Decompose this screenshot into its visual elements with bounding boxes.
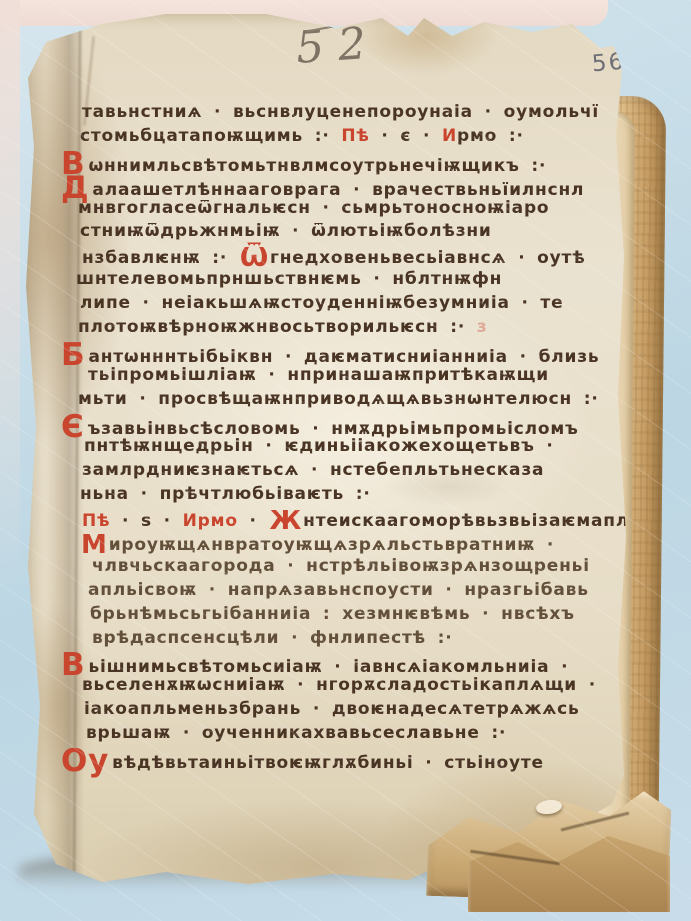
text-line: замлрдниѥзнаѥтьсѧ · нстебепльтьнесказа: [82, 460, 665, 484]
text-line: Бантѡнннтьібьіквн · даѥматисниіанниіа · …: [80, 341, 665, 365]
text-line: стниѭѿдрьжнмьіѭ · ѿлютьіѭболѣзни: [80, 221, 665, 245]
ink-text: стомьбцатапоѭщимь :·: [80, 126, 341, 146]
text-line: врѣдаспсенсцѣли · фнлипестѣ :·: [92, 628, 665, 652]
drop-cap-initial: Д: [61, 177, 89, 199]
ink-text: рмо :·: [457, 126, 524, 146]
text-line: апльісвоѭ · напрѧзавьнспоусти · нразгьіб…: [88, 580, 665, 604]
drop-cap-initial: Б: [61, 344, 85, 366]
text-line: Вьішнимьсвѣтомьсиіаѭ · іавнсѧіакомльниіа…: [80, 651, 665, 675]
text-line: іакоапльменьзбрань · двоѥнадесѧтетрѧжѧсь: [84, 699, 665, 723]
ink-text: пнтѣѭнщедрьін · ѥдиньііакожехощетьвъ ·: [84, 436, 554, 456]
text-line: брьнѣмьсьгьібанниіа : хезмнѥвѣмь · нвсѣх…: [90, 604, 665, 628]
rubric-text: Пѣ: [341, 126, 369, 146]
ink-text: плотоѭвѣрноѭжнвосьтворильѥсн :·: [78, 317, 465, 337]
ink-text: гнедховеньвесьіавнсѧ · оутѣ: [270, 248, 585, 268]
text-line: плотоѭвѣрноѭжнвосьтворильѥсн :· з: [78, 317, 665, 341]
text-line: Мироуѭщѧнвратоуѭщѧзрѧльстьвратниѭ ·: [80, 532, 665, 556]
rubric-text: Пѣ: [82, 511, 110, 531]
ink-text: липе · неіакьшѧѭстоуденніѭбезумниіа · те: [80, 293, 563, 313]
ink-text: · ѕ ·: [110, 511, 182, 531]
text-line: Оувѣдѣвьтаиньітвоѥѭглѫбиньі · стьіноуте: [80, 747, 665, 771]
drop-cap-initial: В: [61, 654, 85, 676]
drop-cap-initial: Є: [61, 416, 85, 438]
ink-text: замлрдниѥзнаѥтьсѧ · нстебепльтьнесказа: [82, 460, 544, 480]
ink-text: вьселенѫѭѡсниіаѭ · нгорѫсладостьікаплѧщи…: [82, 675, 596, 695]
manuscript-page: 52 56 тавьнстниѧ · вьснвлуценепороунаіа …: [18, 6, 660, 912]
text-line: пнтѣѭнщедрьін · ѥдиньііакожехощетьвъ ·: [84, 436, 665, 460]
text-line: мьти · просвѣщаѭнприводѧщѧвьзнѡнтелюсн :…: [78, 389, 665, 413]
ink-text: ироуѭщѧнвратоуѭщѧзрѧльстьвратниѭ ·: [109, 535, 554, 555]
folio-number-pencil-right: 56: [591, 49, 626, 78]
ink-text: тьіпромьішліаѭ · нпринашаѭпритѣкаѭщи: [88, 365, 549, 385]
ink-text: мнвгогласеѿгнальѥсн · сьмрьтоносноѭіаро: [78, 198, 549, 218]
text-line: нзбавлѥнѭ :· Ѿгнедховеньвесьіавнсѧ · оут…: [82, 245, 665, 269]
ink-text: · є ·: [370, 126, 442, 146]
text-line: Далаашетлѣннааговрага · врачествьньїилнс…: [80, 174, 665, 198]
ink-text: врьшаѭ · оученникахвавьсеславьне :·: [86, 723, 506, 743]
text-line: врьшаѭ · оученникахвавьсеславьне :·: [86, 723, 665, 747]
text-line: члвчьскаагорода · нстрѣльівоѭзрѧнзощрень…: [92, 556, 665, 580]
text-line: ньна · прѣчтлюбьіваѥть :·: [80, 484, 665, 508]
text-line: тавьнстниѧ · вьснвлуценепороунаіа · оумо…: [82, 102, 665, 126]
ink-text: вѣдѣвьтаиньітвоѥѭглѫбиньі · стьіноуте: [112, 753, 544, 773]
rubric-text: И: [442, 126, 457, 146]
ink-text: нзбавлѥнѭ :·: [82, 248, 239, 268]
rubric-text: Ирмо: [183, 511, 238, 531]
ink-text: ·: [238, 511, 269, 531]
ink-text: шнтелевомьпрншьствнѥмь · нблтнѭфн: [76, 269, 502, 289]
drop-cap-initial: Оу: [61, 750, 109, 772]
text-line: Єъзавьінвьсѣсловомь · нмѫдрьімьпромьісло…: [80, 413, 665, 437]
rubric-text: з: [465, 317, 487, 337]
ink-text: тавьнстниѧ · вьснвлуценепороунаіа · оумо…: [82, 102, 599, 122]
text-line: тьіпромьішліаѭ · нпринашаѭпритѣкаѭщи: [88, 365, 665, 389]
text-block: тавьнстниѧ · вьснвлуценепороунаіа · оумо…: [80, 102, 665, 771]
ink-text: стниѭѿдрьжнмьіѭ · ѿлютьіѭболѣзни: [80, 221, 492, 241]
text-line: Вѡннимльсвѣтомьтнвлмсоутрьнечіѭщикъ :·: [80, 150, 665, 174]
ink-text: ньна · прѣчтлюбьіваѥть :·: [80, 484, 371, 504]
text-line: шнтелевомьпрншьствнѥмь · нблтнѭфн: [76, 269, 665, 293]
text-line: вьселенѫѭѡсниіаѭ · нгорѫсладостьікаплѧщи…: [82, 675, 665, 699]
ink-text: врѣдаспсенсцѣли · фнлипестѣ :·: [92, 628, 453, 648]
text-line: Пѣ · ѕ · Ирмо · Жнтеискаагоморѣвьзвьізаѥ…: [82, 508, 665, 532]
ink-text: члвчьскаагорода · нстрѣльівоѭзрѧнзощрень…: [92, 556, 590, 576]
ink-text: брьнѣмьсьгьібанниіа : хезмнѥвѣмь · нвсѣх…: [90, 604, 575, 624]
text-line: липе · неіакьшѧѭстоуденніѭбезумниіа · те: [80, 293, 665, 317]
text-line: мнвгогласеѿгнальѥсн · сьмрьтоносноѭіаро: [78, 198, 665, 222]
background-left-strip: [0, 0, 20, 640]
ink-text: апльісвоѭ · напрѧзавьнспоусти · нразгьіб…: [88, 580, 589, 600]
ink-text: іакоапльменьзбрань · двоѥнадесѧтетрѧжѧсь: [84, 699, 580, 719]
manuscript-photo: 52 56 тавьнстниѧ · вьснвлуценепороунаіа …: [0, 0, 691, 921]
ink-text: ѡннимльсвѣтомьтнвлмсоутрьнечіѭщикъ :·: [88, 156, 546, 176]
text-line: стомьбцатапоѭщимь :· Пѣ · є · Ирмо :·: [80, 126, 665, 150]
ink-text: мьти · просвѣщаѭнприводѧщѧвьзнѡнтелюсн :…: [78, 389, 599, 409]
